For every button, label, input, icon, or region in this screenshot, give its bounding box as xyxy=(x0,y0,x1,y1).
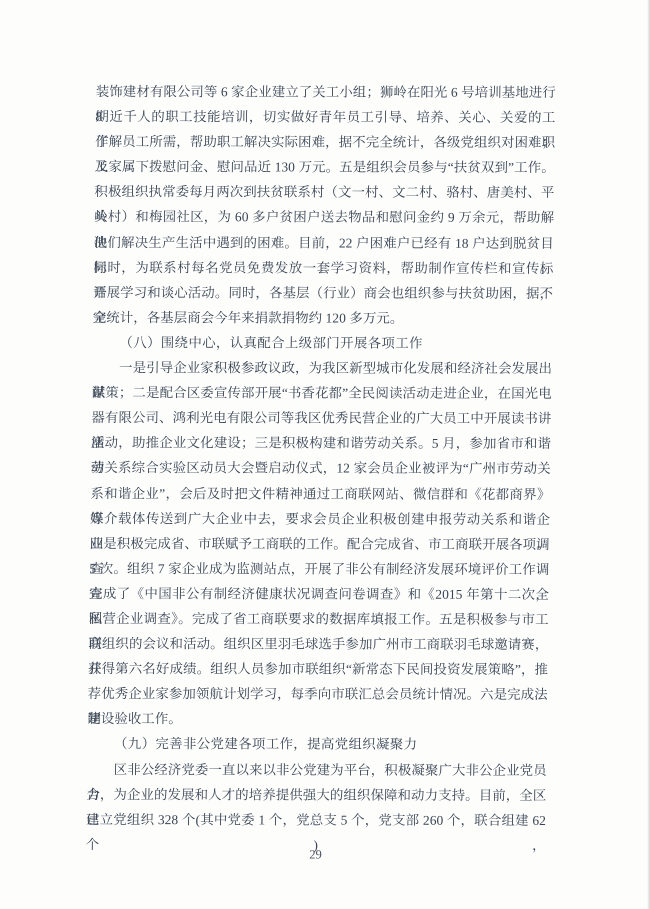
section-heading-8: （八）围绕中心，认真配合上级部门开展各项工作 xyxy=(92,330,552,356)
body-text-line: 媒介载体传送到广大企业中去，要求会员企业积极创建申报劳动关系和谐企业。 xyxy=(90,506,550,532)
document-page: 装饰建材有限公司等 6 家企业建立了关工小组；狮岭在阳光 6 号培训基地进行 8… xyxy=(0,0,650,909)
body-text-line: 期近千人的职工技能培训，切实做好青年员工引导、培养、关心、关爱的工作； xyxy=(95,104,555,130)
body-text-line: 获得第六名好成绩。组织人员参加市联组织“新常态下民间投资发展策略”，推 xyxy=(88,656,548,682)
body-text-line: 建设验收工作。 xyxy=(87,706,547,732)
body-text-line: 开展学习和谈心活动。同时，各基层（行业）商会也组织参与扶贫助困，据不完 xyxy=(93,280,553,306)
body-text-line: 献策；二是配合区委宣传部开展“书香花都”全民阅读活动走进企业，在国光电 xyxy=(92,380,552,406)
body-text-line: 全统计，各基层商会今年来捐款捐物约 120 多万元。 xyxy=(93,305,553,331)
body-text-line: 5 次。组织 7 家企业成为监测站点，开展了非公有制经济发展环境评价工作调查， xyxy=(89,556,549,582)
body-text-line: 系和谐企业”，会后及时把文件精神通过工商联网站、微信群和《花都商界》等 xyxy=(90,480,550,506)
body-text-line: 动关系综合实验区动员大会暨启动仪式，12 家会员企业被评为“广州市劳动关 xyxy=(91,455,551,481)
body-text-line: 装饰建材有限公司等 6 家企业建立了关工小组；狮岭在阳光 6 号培训基地进行 8 xyxy=(96,79,556,105)
body-text-line: 了解员工所需，帮助职工解决实际困难，据不完全统计，各级党组织对困难职工 xyxy=(95,129,555,155)
body-text-line: 私营企业调查》。完成了省工商联要求的数据库填报工作。五是积极参与市工商 xyxy=(89,606,549,632)
body-text-line: 活动，助推企业文化建设；三是积极构建和谐劳动关系。5 月，参加省市和谐劳 xyxy=(91,430,551,456)
body-text-line: 四是积极完成省、市联赋予工商联的工作。配合完成省、市工商联开展各项调查 xyxy=(90,531,550,557)
body-text-line: 联组织的会议和活动。组织区里羽毛球选手参加广州市工商联羽毛球邀请赛，并 xyxy=(88,631,548,657)
body-text-line: 头村）和梅园社区，为 60 多户贫困户送去物品和慰问金约 9 万余元，帮助解决 xyxy=(94,204,554,230)
body-text-line: 荐优秀企业家参加领航计划学习，每季向市联汇总会员统计情况。六是完成法制 xyxy=(88,681,548,707)
body-text-line: 建立党组织 328 个(其中党委 1 个，党总支 5 个，党支部 260 个，联… xyxy=(86,807,546,833)
body-text-line: 器有限公司、鸿利光电有限公司等我区优秀民营企业的广大员工中开展读书讲座 xyxy=(91,405,551,431)
body-text-line: 积极组织执常委每月两次到扶贫联系村（文一村、文二村、骆村、唐美村、平岭 xyxy=(94,179,554,205)
document-body: 装饰建材有限公司等 6 家企业建立了关工小组；狮岭在阳光 6 号培训基地进行 8… xyxy=(85,79,556,863)
body-text-line: 力，为企业的发展和人才的培养提供强大的组织保障和动力支持。目前，全区已 xyxy=(86,782,546,808)
body-text-line: 他们解决生产生活中遇到的困难。目前，22 户困难户已经有 18 户达到脱贫目标。 xyxy=(94,230,554,256)
body-text-line: 同时，为联系村每名党员免费发放一套学习资料，帮助制作宣传栏和宣传标语， xyxy=(93,255,553,281)
body-text-line: 完成了《中国非公有制经济健康状况调查问卷调查》和《2015 年第十二次全国 xyxy=(89,581,549,607)
body-text-line: 及家属下拨慰问金、慰问品近 130 万元。五是组织会员参与“扶贫双到”工作。 xyxy=(95,154,555,180)
section-heading-9: （九）完善非公党建各项工作，提高党组织凝聚力 xyxy=(87,731,547,757)
body-text-line: 一是引导企业家积极参政议政，为我区新型城市化发展和经济社会发展出谋 xyxy=(92,355,552,381)
body-text-line: 区非公经济党委一直以来以非公党建为平台，积极凝聚广大非公企业党员合 xyxy=(87,757,547,783)
